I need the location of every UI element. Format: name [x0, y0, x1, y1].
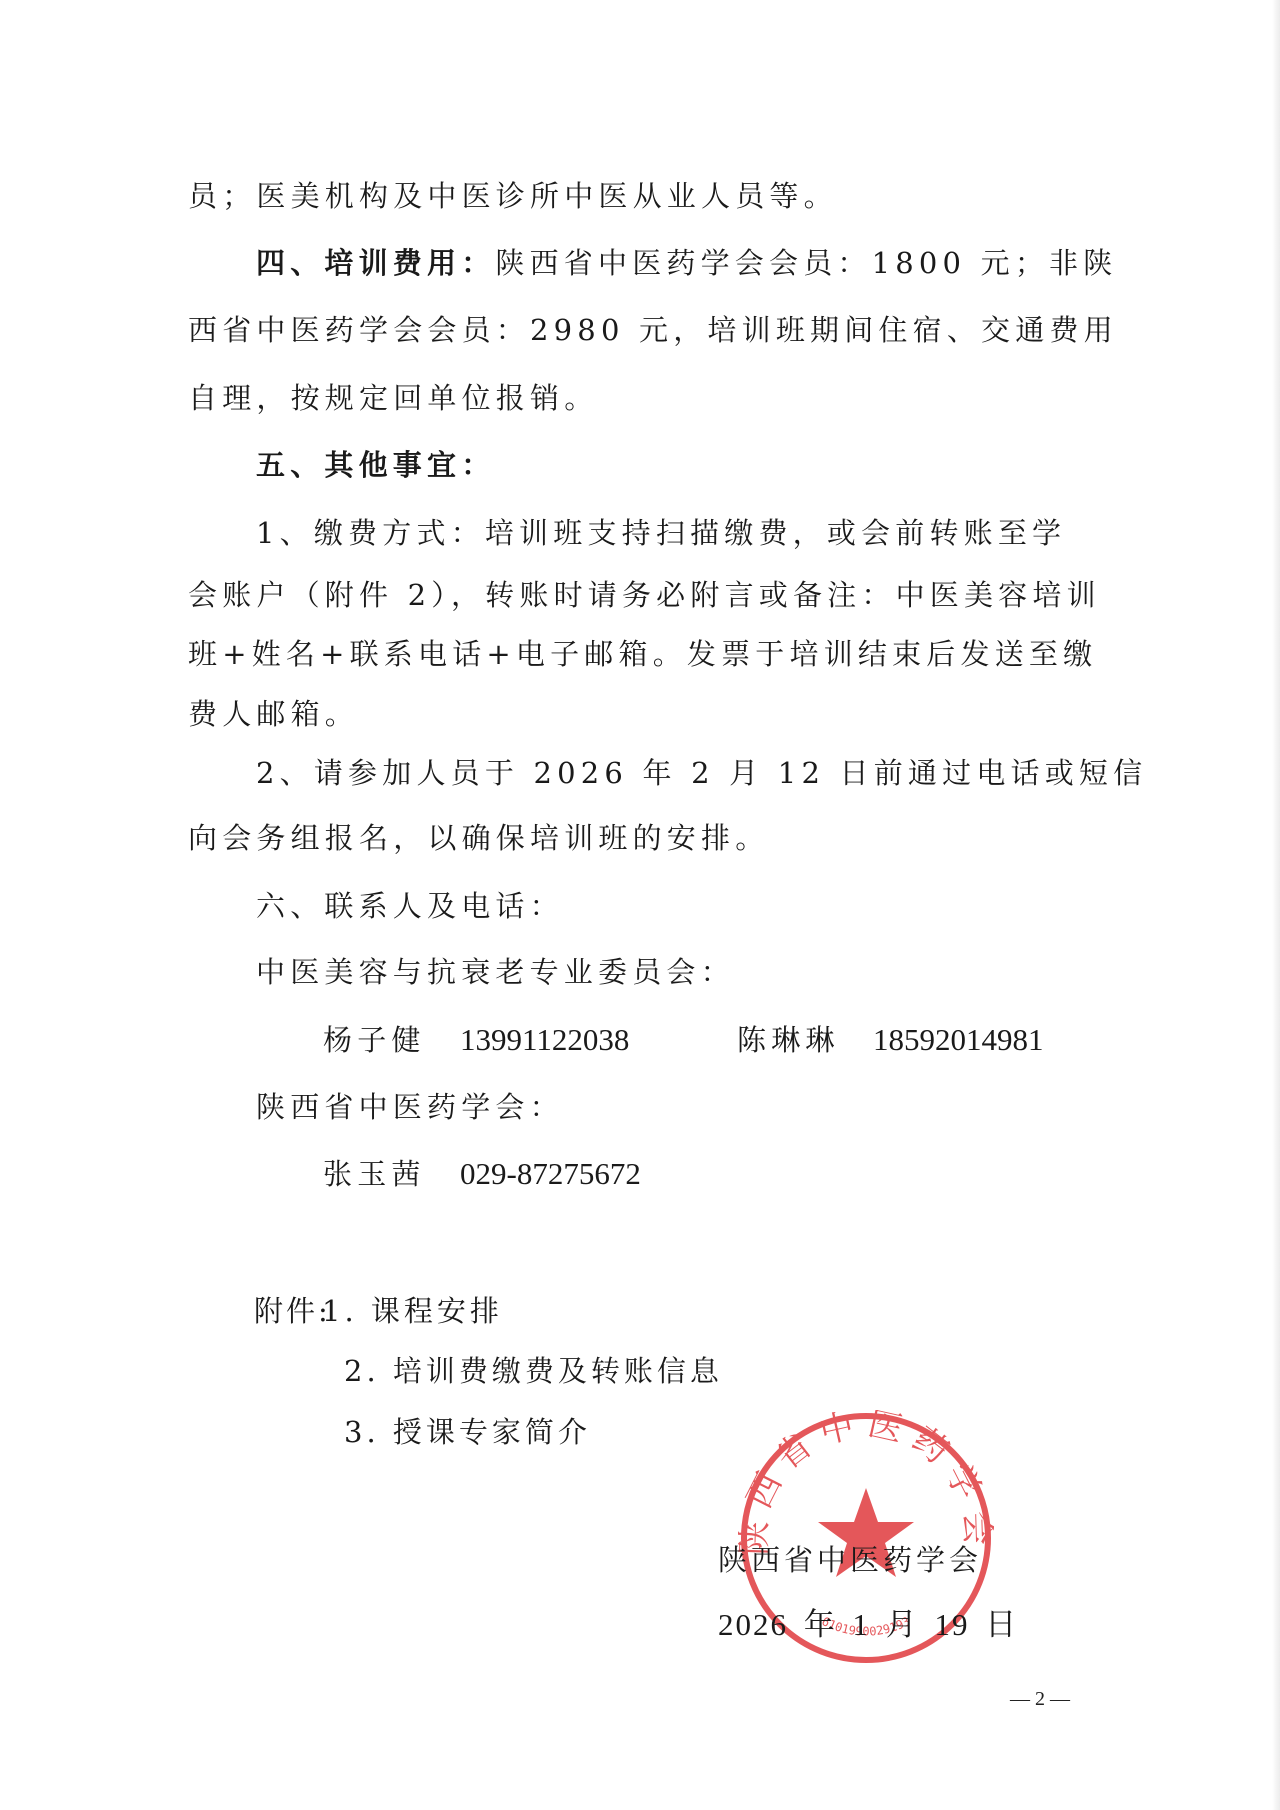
- text-line: 向会务组报名，以确保培训班的安排。: [188, 821, 769, 855]
- contact-phone: 13991122038: [460, 1022, 629, 1057]
- contact-name: 张玉茜: [323, 1157, 426, 1191]
- signature-date: 2026 年 1 月 19 日: [718, 1608, 1018, 1642]
- text-line: 员；医美机构及中医诊所中医从业人员等。: [188, 179, 838, 213]
- svg-text:陕西省中医药学会: 陕西省中医药学会: [738, 1410, 994, 1556]
- contact-name: 陈琳琳: [737, 1023, 840, 1057]
- text-line: 西省中医药学会会员：2980 元，培训班期间住宿、交通费用: [188, 313, 1118, 347]
- text-line: 陕西省中医药学会会员：1800 元；非陕: [495, 246, 1117, 280]
- contact-name: 杨子健: [323, 1023, 426, 1057]
- contact-phone: 18592014981: [873, 1022, 1044, 1057]
- signature-org: 陕西省中医药学会: [718, 1543, 982, 1577]
- section-heading-contacts: 六、联系人及电话：: [256, 889, 564, 923]
- contact-group-label: 陕西省中医药学会：: [256, 1090, 564, 1124]
- contact-entry: 张玉茜: [323, 1157, 426, 1191]
- contact-entry: 杨子健: [323, 1023, 426, 1057]
- attachment-item: 2. 培训费缴费及转账信息: [344, 1354, 723, 1388]
- page-number: — 2 —: [1010, 1688, 1070, 1711]
- text-line: 会账户（附件 2），转账时请务必附言或备注：中医美容培训: [188, 578, 1101, 612]
- contact-phone: 029-87275672: [460, 1156, 641, 1191]
- contact-phone-wrap: 18592014981: [873, 1023, 1044, 1057]
- attachments-label: 附件:: [254, 1294, 331, 1328]
- attachment-item: 1. 课程安排: [322, 1294, 503, 1328]
- contact-phone-wrap: 13991122038: [460, 1023, 629, 1057]
- text-line: 班+姓名+联系电话+电子邮箱。发票于培训结束后发送至缴: [188, 637, 1097, 671]
- text-line: 1、缴费方式：培训班支持扫描缴费，或会前转账至学: [256, 516, 1066, 550]
- section-heading: 五、其他事宜：: [256, 448, 495, 482]
- attachment-item: 3. 授课专家简介: [344, 1415, 591, 1449]
- text-line: 费人邮箱。: [188, 697, 359, 731]
- page-edge: [1272, 0, 1280, 1810]
- contact-phone-wrap: 029-87275672: [460, 1157, 641, 1191]
- text-line: 2、请参加人员于 2026 年 2 月 12 日前通过电话或短信: [256, 756, 1147, 790]
- section-fees: 四、培训费用：陕西省中医药学会会员：1800 元；非陕: [256, 246, 1117, 280]
- contact-entry: 陈琳琳: [737, 1023, 840, 1057]
- section-heading: 四、培训费用：: [256, 246, 495, 280]
- contact-group-label: 中医美容与抗衰老专业委员会：: [256, 955, 735, 989]
- text-line: 自理，按规定回单位报销。: [188, 381, 598, 415]
